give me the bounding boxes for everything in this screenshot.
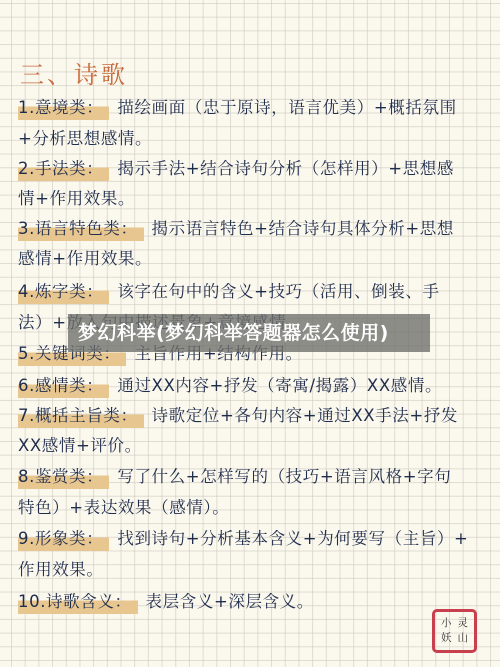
note-page: 三、诗歌 1.意境类：描绘画面（忠于原诗，语言优美）+概括氛围 +分析思想感情。…	[0, 0, 500, 667]
seal-char-2: 灵	[455, 616, 472, 631]
item-7-line-1: 7.概括主旨类：诗歌定位+各句内容+通过XX手法+抒发	[18, 402, 488, 430]
item-10-line-1: 10.诗歌含义：表层含义+深层含义。	[18, 588, 488, 616]
item-7-line-2: XX感情+评价。	[18, 432, 488, 460]
seal-stamp: 小 灵 妖 山	[432, 609, 477, 653]
item-7-text-2: XX感情+评价。	[18, 436, 142, 455]
section-title: 三、诗歌	[20, 55, 128, 90]
item-3-line-2: 感情+作用效果。	[18, 245, 488, 273]
item-4-line-1: 4.炼字类：该字在句中的含义+技巧（活用、倒装、手	[18, 278, 488, 306]
item-3-text-1: 揭示语言特色+结合诗句具体分析+思想	[152, 219, 454, 238]
item-2-text-1: 揭示手法+结合诗句分析（怎样用）+思想感	[117, 159, 454, 178]
title-overlay-banner: 梦幻科举(梦幻科举答题器怎么使用)	[68, 314, 430, 352]
item-9-line-1: 9.形象类：找到诗句+分析基本含义+为何要写（主旨）+	[18, 525, 488, 553]
seal-char-3: 妖	[438, 631, 455, 646]
item-7-text-1: 诗歌定位+各句内容+通过XX手法+抒发	[152, 406, 458, 425]
item-3-text-2: 感情+作用效果。	[18, 249, 152, 268]
item-1-label: 1.意境类：	[18, 94, 109, 122]
item-1-text-1: 描绘画面（忠于原诗，语言优美）+概括氛围	[117, 98, 456, 117]
item-4-text-1: 该字在句中的含义+技巧（活用、倒装、手	[117, 282, 439, 301]
item-6-text-1: 通过XX内容+抒发（寄寓/揭露）XX感情。	[117, 376, 442, 395]
item-10-text-1: 表层含义+深层含义。	[146, 592, 314, 611]
item-2-text-2: 情+作用效果。	[18, 189, 135, 208]
item-6-line-1: 6.感情类：通过XX内容+抒发（寄寓/揭露）XX感情。	[18, 372, 488, 400]
item-9-label: 9.形象类：	[18, 525, 109, 553]
item-1-line-2: +分析思想感情。	[18, 125, 488, 153]
item-8-line-1: 8.鉴赏类：写了什么+怎样写的（技巧+语言风格+字句	[18, 463, 488, 491]
item-8-text-1: 写了什么+怎样写的（技巧+语言风格+字句	[117, 467, 451, 486]
item-8-line-2: 特色）+表达效果（感情）。	[18, 494, 488, 522]
item-9-text-1: 找到诗句+分析基本含义+为何要写（主旨）+	[117, 529, 468, 548]
item-10-label: 10.诗歌含义：	[18, 588, 138, 616]
item-2-line-2: 情+作用效果。	[18, 185, 488, 213]
item-3-label: 3.语言特色类：	[18, 215, 144, 243]
item-4-label: 4.炼字类：	[18, 278, 109, 306]
item-2-line-1: 2.手法类：揭示手法+结合诗句分析（怎样用）+思想感	[18, 155, 488, 183]
item-1-text-2: +分析思想感情。	[18, 129, 152, 148]
item-3-line-1: 3.语言特色类：揭示语言特色+结合诗句具体分析+思想	[18, 215, 488, 243]
item-8-text-2: 特色）+表达效果（感情）。	[18, 498, 229, 517]
item-2-label: 2.手法类：	[18, 155, 109, 183]
item-8-label: 8.鉴赏类：	[18, 463, 109, 491]
item-1-line-1: 1.意境类：描绘画面（忠于原诗，语言优美）+概括氛围	[18, 94, 488, 122]
seal-char-4: 山	[455, 631, 472, 646]
seal-char-1: 小	[438, 616, 455, 631]
item-9-text-2: 作用效果。	[18, 560, 104, 579]
item-6-label: 6.感情类：	[18, 372, 109, 400]
item-9-line-2: 作用效果。	[18, 556, 488, 584]
item-7-label: 7.概括主旨类：	[18, 402, 144, 430]
